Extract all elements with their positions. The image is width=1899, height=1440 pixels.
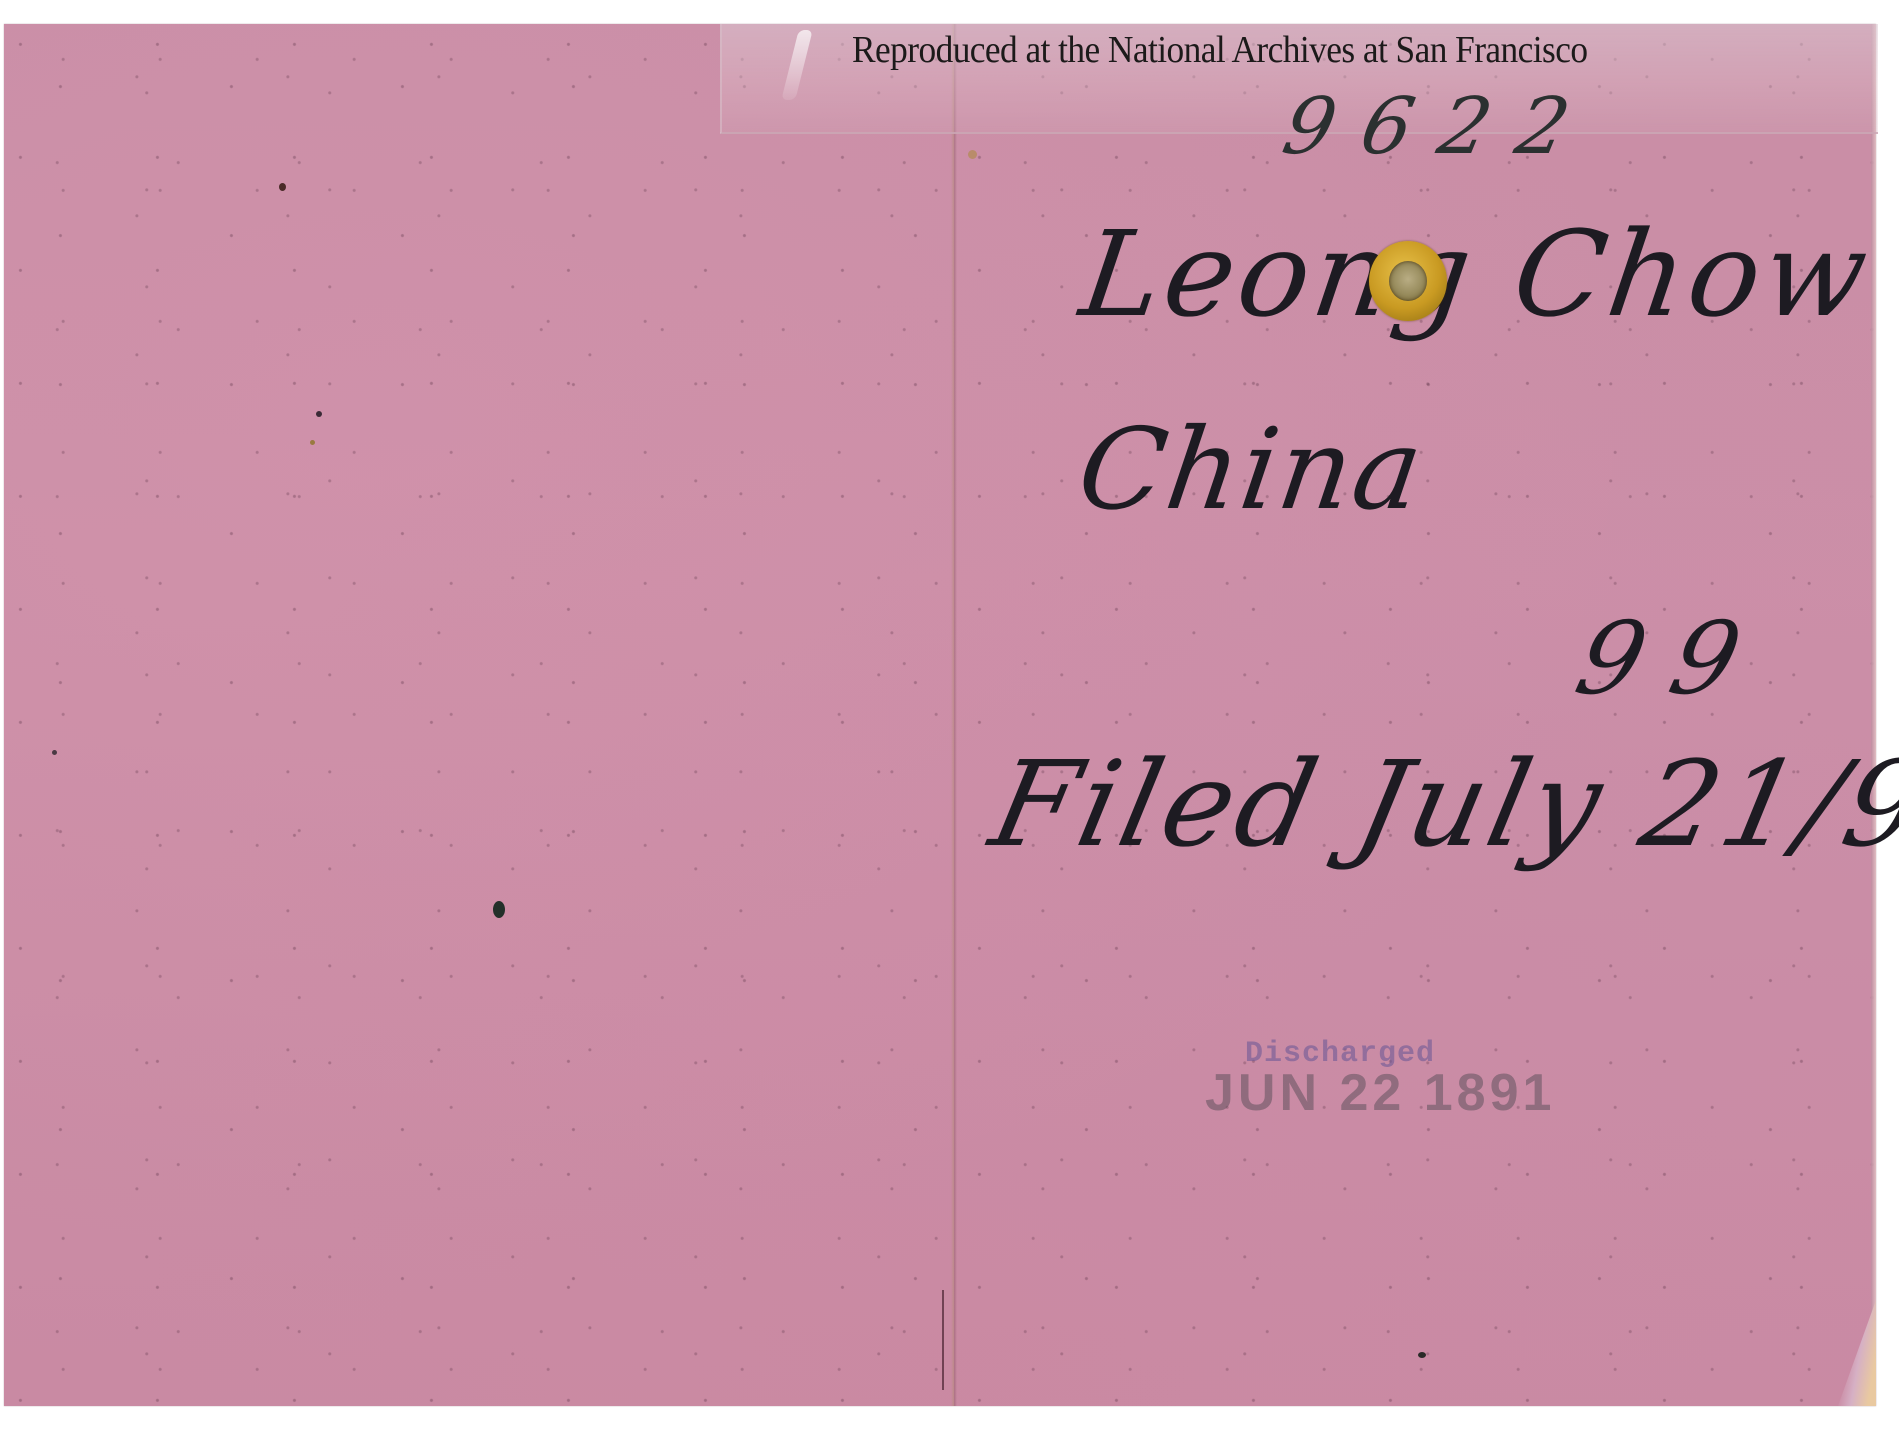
fold-line	[951, 24, 957, 1406]
handwritten-filed-date: Filed July 21/90	[980, 735, 1899, 873]
paper-spot	[1418, 1352, 1426, 1358]
paper-spot	[493, 901, 505, 918]
paper-spot	[310, 440, 315, 445]
discharged-stamp: Discharged JUN 22 1891	[1205, 1040, 1555, 1118]
fold-crack	[942, 1290, 944, 1390]
paper-spot	[279, 183, 286, 191]
brass-grommet-icon	[1369, 241, 1447, 321]
stamp-date: JUN 22 1891	[1205, 1068, 1555, 1118]
handwritten-file-number: 9622	[1275, 82, 1605, 172]
handwritten-number: 99	[1565, 600, 1781, 717]
handwritten-origin: China	[1071, 405, 1432, 535]
paper-spot	[316, 411, 322, 417]
handwritten-name: Leong Chow On	[1073, 205, 1899, 343]
paper-spot	[52, 750, 57, 755]
archive-reproduction-label: Reproduced at the National Archives at S…	[852, 28, 1587, 72]
paper-spot	[968, 150, 977, 159]
